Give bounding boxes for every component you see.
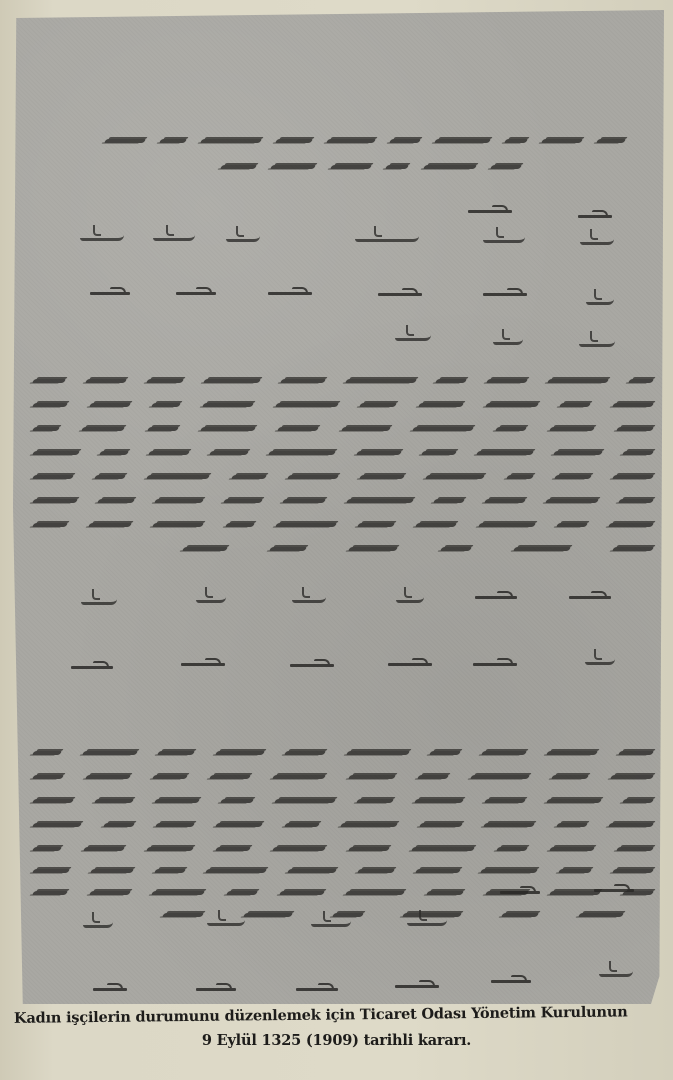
signature-dash — [569, 596, 611, 599]
signature-dash — [500, 891, 540, 894]
figure-caption: Kadın işçilerin durumunu düzenlemek için… — [0, 1008, 673, 1052]
member-name — [580, 234, 614, 245]
script-line — [33, 748, 653, 758]
signature-dash — [176, 292, 216, 295]
script-line — [33, 888, 653, 898]
member-name — [407, 915, 447, 926]
signature-dash — [181, 663, 225, 666]
script-line — [33, 496, 653, 506]
signature-dash — [71, 666, 113, 669]
signature-dash — [475, 596, 517, 599]
script-line — [33, 376, 653, 386]
caption-line-2: 9 Eylül 1325 (1909) tarihli kararı. — [0, 1030, 673, 1052]
signature-dash — [483, 293, 527, 296]
script-line — [33, 424, 653, 434]
signature-dash — [296, 988, 338, 991]
script-line — [33, 796, 653, 806]
member-name — [196, 592, 226, 603]
member-name — [396, 592, 424, 603]
member-name — [292, 592, 326, 603]
signature-dash — [378, 293, 422, 296]
signature-dash — [268, 292, 312, 295]
member-name — [207, 915, 245, 926]
script-line — [33, 472, 653, 482]
member-name — [311, 916, 351, 927]
script-line — [105, 136, 625, 146]
script-line — [33, 772, 653, 782]
script-line — [221, 162, 521, 172]
member-name — [585, 654, 615, 665]
document-facsimile — [13, 10, 664, 1004]
signature-dash — [90, 292, 130, 295]
script-line — [33, 844, 653, 854]
member-name — [226, 231, 260, 242]
signature-dash — [594, 889, 634, 892]
signature-dash — [388, 663, 432, 666]
member-name — [586, 294, 614, 305]
signature-dash — [196, 988, 236, 991]
member-name — [493, 334, 523, 345]
signature-dash — [473, 663, 517, 666]
script-line — [183, 544, 653, 554]
signature-dash — [578, 215, 612, 218]
script-line — [33, 448, 653, 458]
signature-dash — [93, 988, 127, 991]
member-name — [599, 966, 633, 977]
member-name — [81, 594, 117, 605]
member-name — [579, 336, 615, 347]
script-line — [33, 866, 653, 876]
member-name — [153, 230, 195, 241]
member-name — [483, 232, 525, 243]
signature-dash — [468, 210, 512, 213]
member-name — [395, 330, 431, 341]
member-name — [355, 231, 419, 242]
script-line — [33, 400, 653, 410]
signature-dash — [290, 664, 334, 667]
script-line — [33, 520, 653, 530]
script-line — [33, 820, 653, 830]
member-name — [80, 230, 124, 241]
signature-dash — [491, 980, 531, 983]
signature-dash — [395, 985, 439, 988]
member-name — [83, 917, 113, 928]
